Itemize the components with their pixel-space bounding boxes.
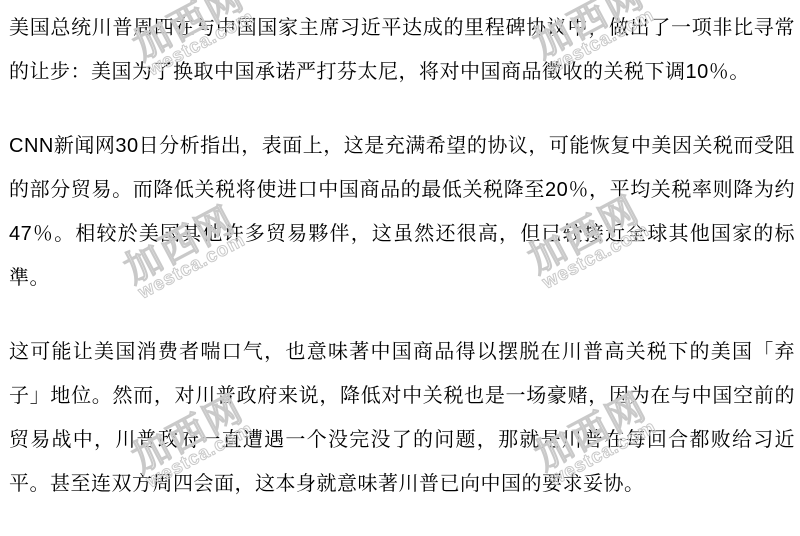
article-paragraph-1: 美国总统川普周四在与中国国家主席习近平达成的里程碑协议中，做出了一项非比寻常的让… <box>9 6 795 94</box>
article-paragraph-3: 这可能让美国消费者喘口气，也意味著中国商品得以摆脱在川普高关税下的美国「弃子」地… <box>9 330 795 506</box>
article-page-body: { "page": { "background_color": "#ffffff… <box>0 0 800 536</box>
article-paragraph-2: CNN新闻网30日分析指出，表面上，这是充满希望的协议，可能恢复中美因关税而受阻… <box>9 124 795 300</box>
article-body: 美国总统川普周四在与中国国家主席习近平达成的里程碑协议中，做出了一项非比寻常的让… <box>9 6 795 536</box>
article-page: 美国总统川普周四在与中国国家主席习近平达成的里程碑协议中，做出了一项非比寻常的让… <box>0 0 800 536</box>
